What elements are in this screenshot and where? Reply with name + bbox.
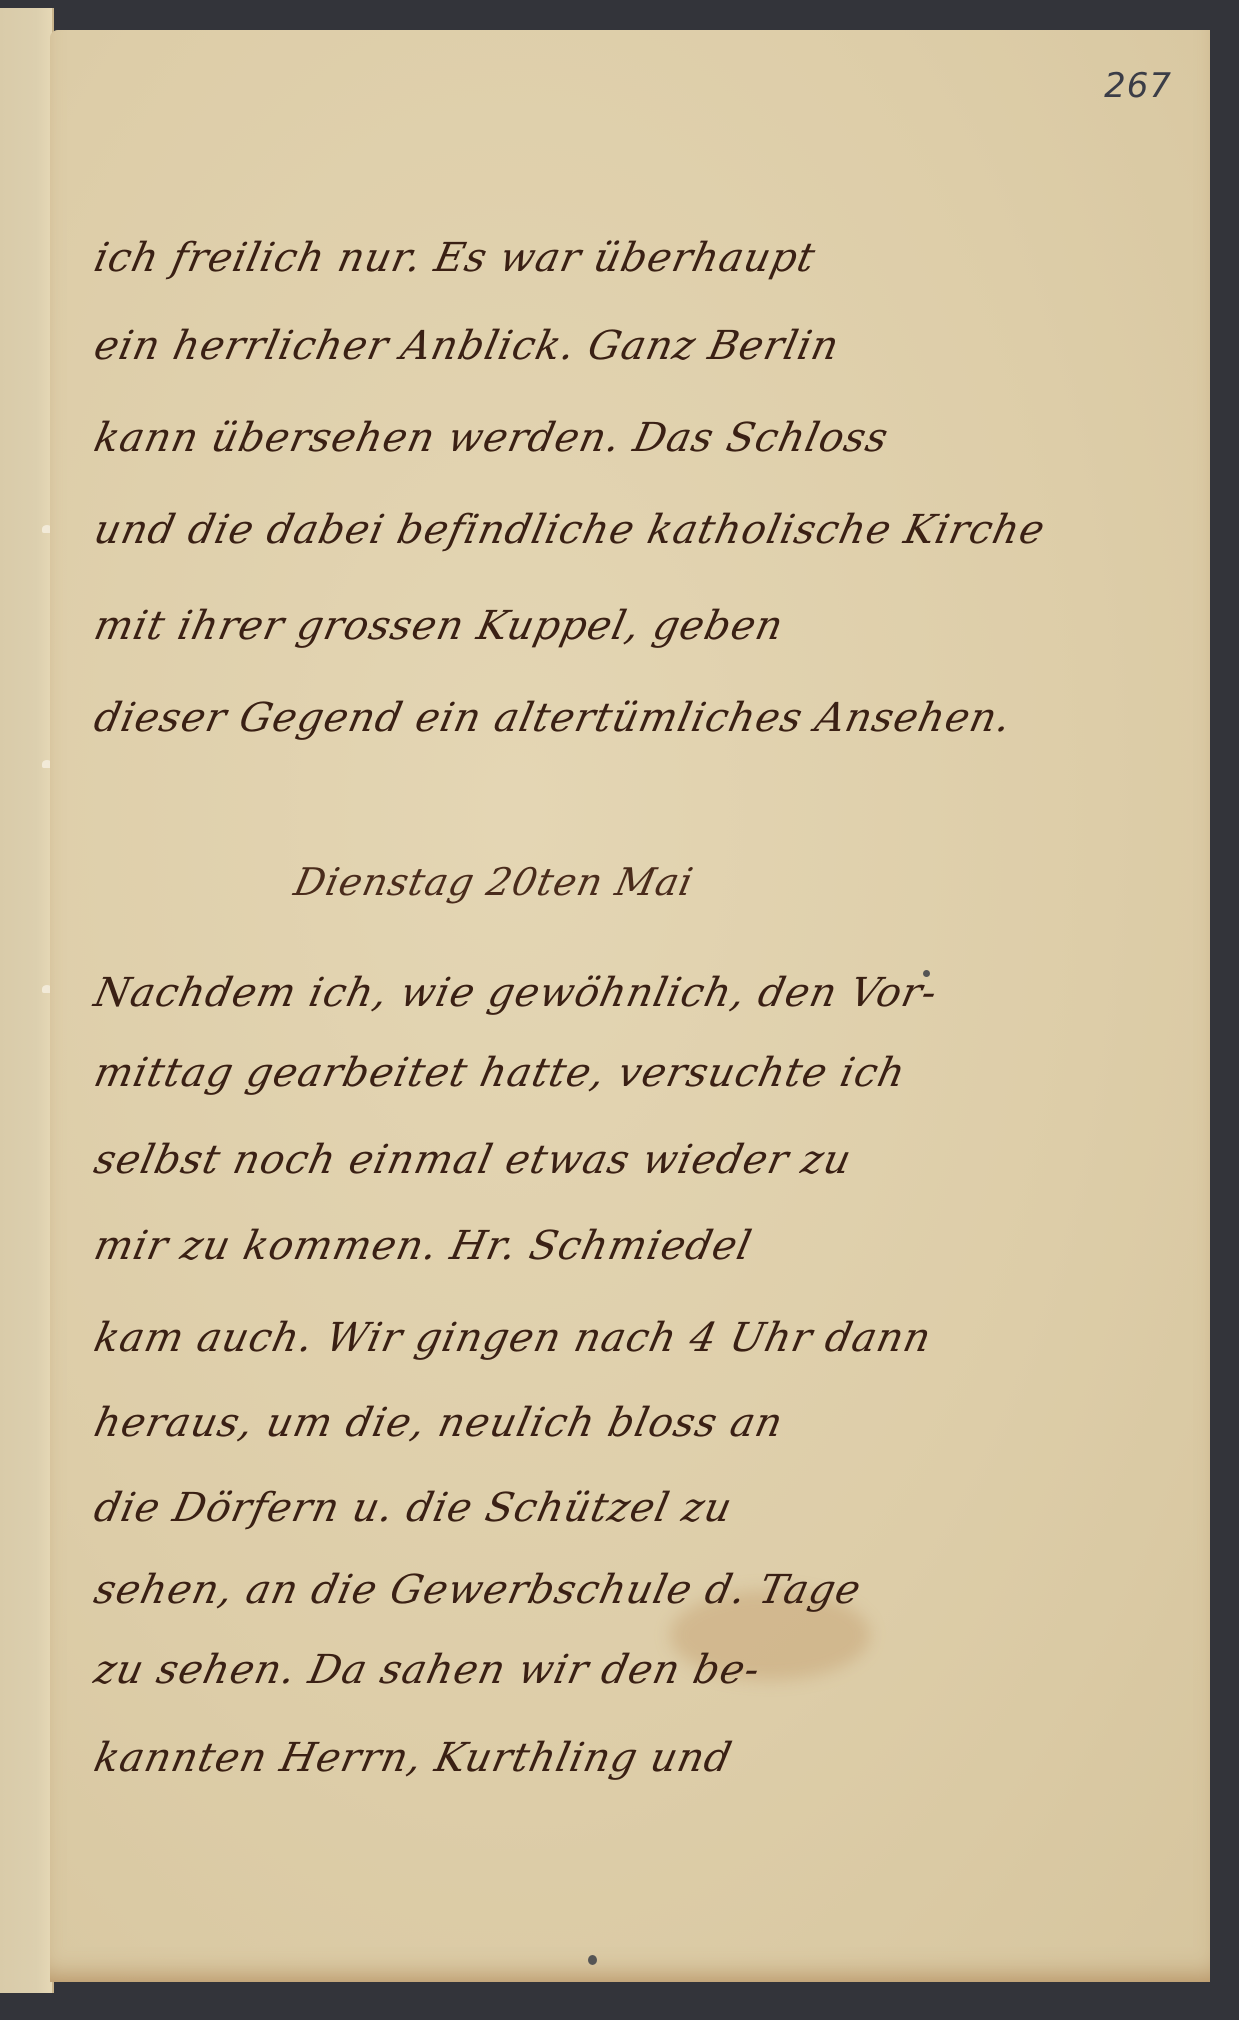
text-line: kann übersehen werden. Das Schloss bbox=[90, 415, 893, 461]
text-line: heraus, um die, neulich bloss an bbox=[90, 1400, 787, 1446]
text-line: die Dörfern u. die Schützel zu bbox=[90, 1485, 736, 1531]
adjacent-page-edge bbox=[0, 8, 54, 1993]
text-line: mit ihrer grossen Kuppel, geben bbox=[90, 603, 788, 649]
folio-number: 267 bbox=[1104, 66, 1172, 106]
text-line: kam auch. Wir gingen nach 4 Uhr dann bbox=[90, 1315, 936, 1361]
text-line: und die dabei befindliche katholische Ki… bbox=[90, 507, 1049, 553]
text-line: dieser Gegend ein altertümliches Ansehen… bbox=[90, 695, 1016, 741]
text-line: zu sehen. Da sahen wir den be- bbox=[90, 1647, 764, 1693]
text-line: ich freilich nur. Es war überhaupt bbox=[90, 235, 820, 281]
text-line: sehen, an die Gewerbschule d. Tage bbox=[90, 1567, 865, 1613]
text-line: mittag gearbeitet hatte, versuchte ich bbox=[90, 1050, 910, 1096]
entry-date-heading: Dienstag 20ten Mai bbox=[290, 860, 697, 904]
ink-speck bbox=[588, 1955, 597, 1965]
text-line: mir zu kommen. Hr. Schmiedel bbox=[90, 1223, 756, 1269]
text-line: ein herrlicher Anblick. Ganz Berlin bbox=[90, 323, 843, 369]
text-line: selbst noch einmal etwas wieder zu bbox=[90, 1137, 856, 1183]
text-line: Nachdem ich, wie gewöhnlich, den Vor- bbox=[90, 970, 942, 1016]
text-line: kannten Herrn, Kurthling und bbox=[90, 1735, 736, 1781]
